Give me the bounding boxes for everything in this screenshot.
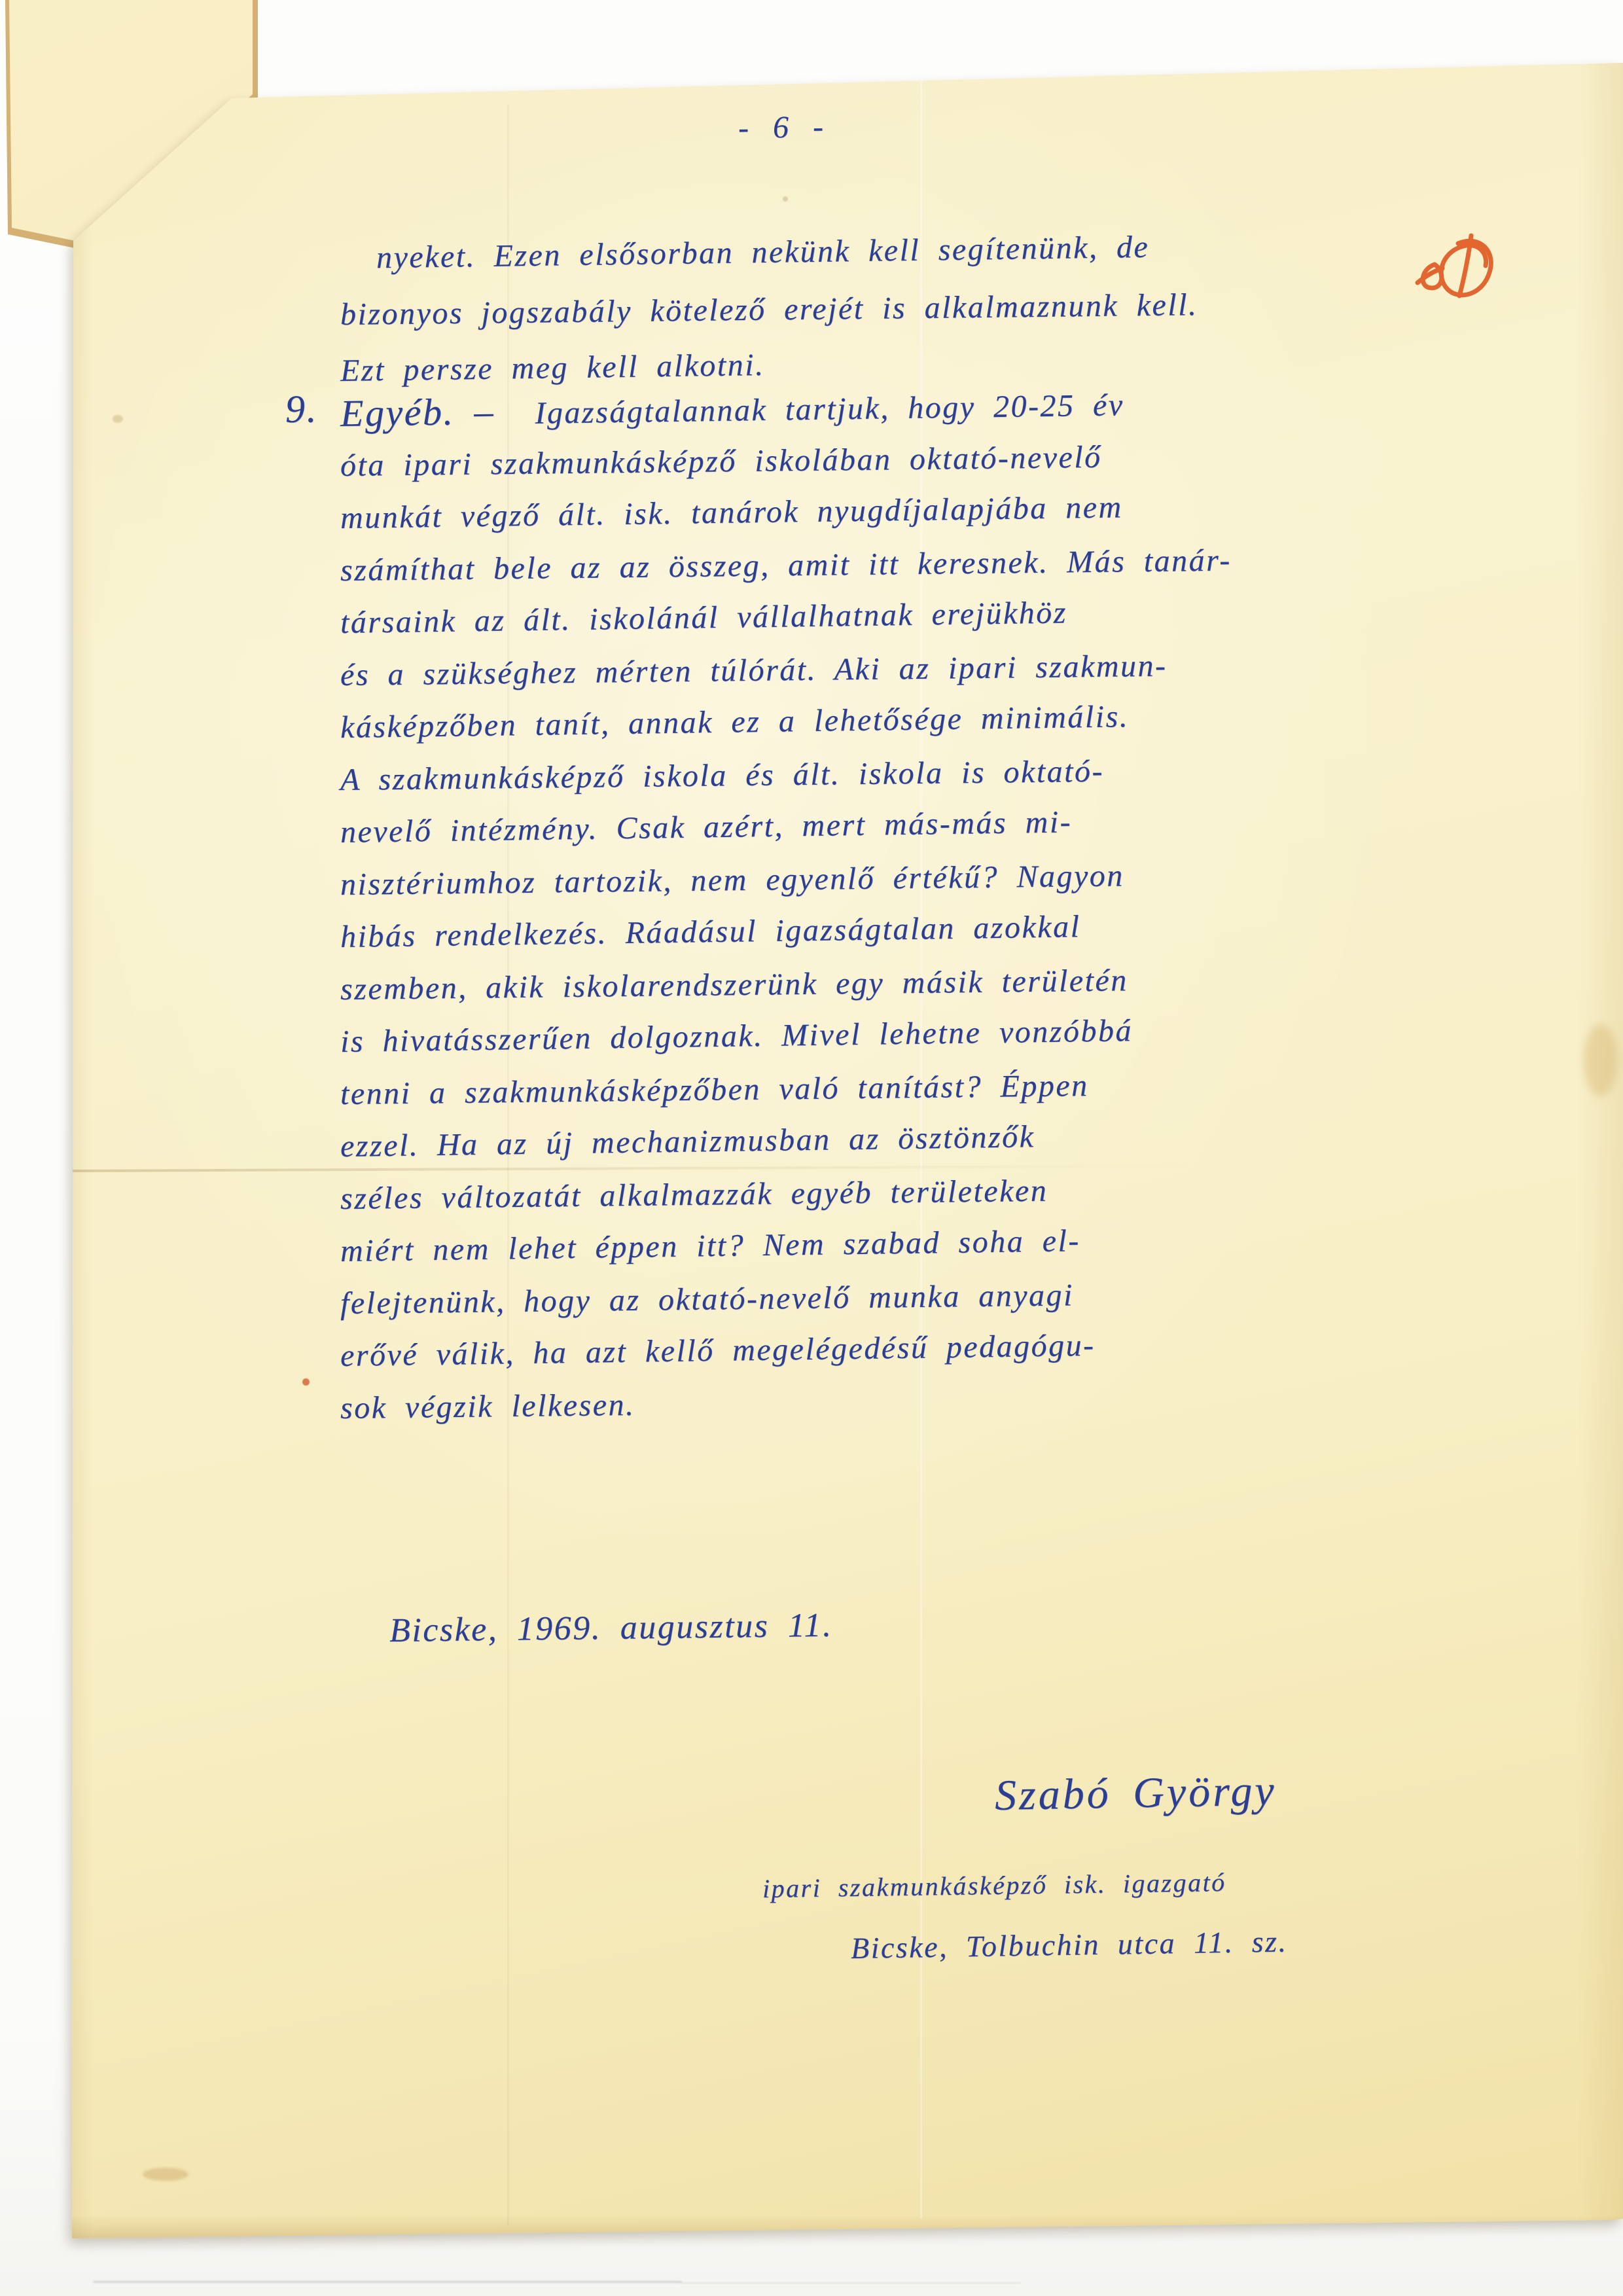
- paper-left-edge-shading: [63, 216, 93, 2245]
- intro-paragraph: nyeket. Ezen elsősorban nekünk kell segí…: [340, 230, 1198, 399]
- section-number: 9.: [285, 382, 318, 435]
- section-line-text: Igazságtalannak tartjuk, hogy 20-25 év: [535, 387, 1124, 431]
- paper-stain: [113, 415, 123, 423]
- section-title: Egyéb. –: [340, 390, 495, 435]
- orange-scribble-annotation-icon: [1412, 230, 1510, 309]
- date-line: Bicske, 1969. augusztus 11.: [389, 1606, 833, 1650]
- signature-address: Bicske, Tolbuchin utca 11. sz.: [851, 1924, 1288, 1965]
- handwritten-line: sok végzik lelkesen.: [340, 1372, 1232, 1435]
- signature-role: ipari szakmunkásképző isk. igazgató: [762, 1867, 1226, 1904]
- paper-stain: [1584, 1024, 1618, 1096]
- scanned-letter-page-6: - 6 - nyeket. Ezen elsősorban nekünk kel…: [0, 0, 1623, 2296]
- letter-paper-wrap: - 6 - nyeket. Ezen elsősorban nekünk kel…: [0, 0, 1623, 2296]
- paper-bottom-edge-shading: [59, 2204, 1623, 2240]
- scanner-streak: [681, 2282, 1021, 2284]
- handwritten-line: nyeket. Ezen elsősorban nekünk kell segí…: [340, 219, 1198, 287]
- page-number: - 6 -: [738, 109, 828, 146]
- paper-right-edge-shading: [1577, 59, 1623, 2225]
- scanner-streak: [93, 2281, 682, 2283]
- letter-paper: - 6 - nyeket. Ezen elsősorban nekünk kel…: [0, 0, 1623, 2296]
- ink-speck: [302, 1378, 310, 1386]
- signature-name: Szabó György: [994, 1766, 1277, 1821]
- section-9-paragraph: 9. Egyéb. – Igazságtalannak tartjuk, hog…: [340, 387, 1232, 1435]
- paper-stain: [783, 196, 788, 202]
- paper-stain: [143, 2168, 188, 2181]
